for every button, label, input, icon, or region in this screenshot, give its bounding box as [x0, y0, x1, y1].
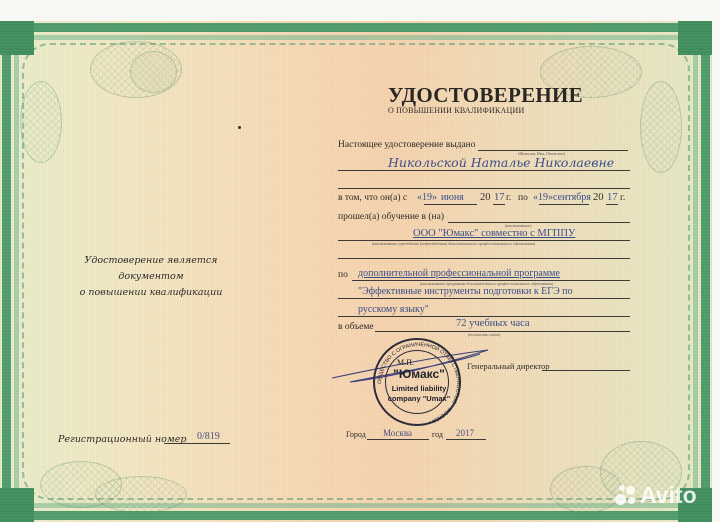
corner-ornament [0, 488, 34, 522]
underline [338, 316, 630, 317]
program-type: дополнительной профессиональной программ… [358, 268, 560, 279]
underline [338, 188, 630, 189]
year-label: год [432, 430, 443, 439]
underline [338, 258, 630, 259]
seal-line2: company "Umax" [384, 394, 454, 403]
year-value: 2017 [456, 428, 474, 438]
volume-value: 72 учебных часа [456, 318, 530, 329]
program-name-line2: русскому языку" [358, 304, 429, 315]
city-label: Город [346, 430, 366, 439]
volume-label: в объеме [338, 322, 374, 332]
year-mark: г. [506, 193, 511, 203]
left-note: Удостоверение является документом о повы… [66, 253, 236, 301]
end-day: «19» [533, 192, 553, 203]
end-year-mark: г. [620, 193, 625, 203]
institution-name: ООО "Юмакс" совместно с МГППУ [413, 228, 575, 239]
underline [446, 439, 486, 440]
start-year: 17 [494, 192, 505, 203]
guilloche-ornament [130, 51, 177, 93]
underline [606, 204, 618, 205]
seal-company-name: "Юмакс" [384, 367, 454, 381]
avito-brand-text: Avito [640, 482, 697, 509]
seal-line1: Limited liability [384, 384, 454, 393]
document-subtitle: О ПОВЫШЕНИИ КВАЛИФИКАЦИИ [388, 106, 524, 115]
signature-line [542, 370, 630, 371]
underline [338, 170, 630, 171]
issued-label: Настоящее удостоверение выдано [338, 140, 475, 150]
institution-caption: (наименование учреждения (подразделения)… [372, 241, 535, 246]
ink-dot [238, 126, 241, 129]
guilloche-ornament [95, 476, 187, 513]
end-year-prefix: 20 [593, 192, 604, 203]
underline [367, 439, 429, 440]
recipient-name: Никольской Наталье Николаевне [388, 155, 614, 170]
to-label: по [518, 193, 528, 203]
underline [448, 222, 630, 223]
avito-watermark: Avito [615, 482, 697, 508]
start-year-prefix: 20 [480, 192, 491, 203]
underline [551, 204, 589, 205]
underline [338, 298, 630, 299]
guilloche-ornament [640, 81, 682, 173]
end-month: сентября [553, 192, 591, 203]
left-note-line1: Удостоверение является документом [66, 253, 236, 285]
underline [164, 443, 230, 444]
city-value: Москва [383, 428, 412, 438]
end-year: 17 [607, 192, 618, 203]
underline [433, 204, 477, 205]
document-title: УДОСТОВЕРЕНИЕ [388, 83, 583, 108]
period-prefix: в том, что он(а) с [338, 193, 407, 203]
underline [539, 204, 551, 205]
start-day: «19» [417, 192, 437, 203]
left-note-line2: о повышении квалификации [66, 285, 236, 301]
program-label: по [338, 270, 348, 280]
company-seal: ОБЩЕСТВО С ОГРАНИЧЕННОЙ ОТВЕТСТВЕННОСТЬЮ… [373, 338, 461, 426]
corner-ornament [0, 21, 34, 55]
seal-mp: М.П. [397, 358, 467, 367]
reg-value: 0/819 [197, 431, 220, 442]
underline [375, 331, 630, 332]
avito-logo-icon [615, 484, 637, 506]
guilloche-ornament [20, 81, 62, 163]
underline [493, 204, 505, 205]
corner-ornament [678, 21, 712, 55]
volume-caption: (количество часов) [468, 332, 500, 337]
start-month: июня [441, 192, 464, 203]
trained-label: прошел(а) обучение в (на) [338, 212, 444, 222]
program-name-line1: "Эффективные инструменты подготовки к ЕГ… [358, 286, 573, 297]
